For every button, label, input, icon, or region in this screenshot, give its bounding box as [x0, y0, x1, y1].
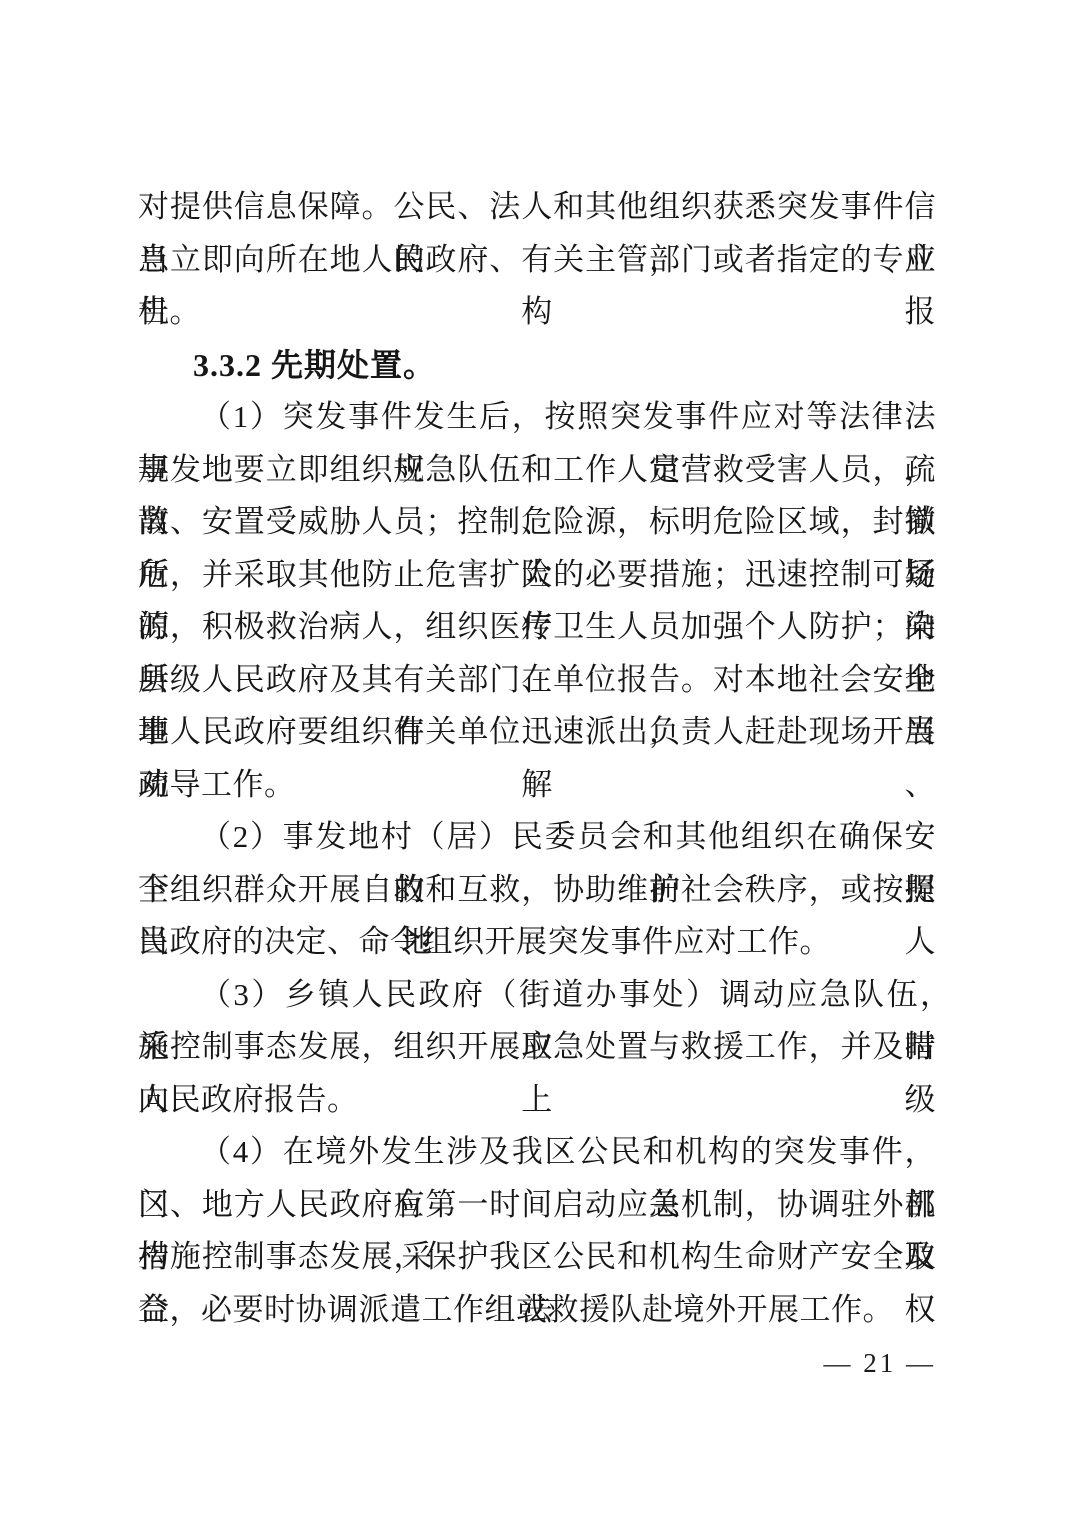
text-line: （2）事发地村（居）民委员会和其他组织在确保安全的前提: [138, 811, 936, 864]
text-line: 门、地方人民政府应第一时间启动应急机制，协调驻外机构采 取: [138, 1179, 936, 1232]
text-line: （4）在境外发生涉及我区公民和机构的突发事件，区有关部: [138, 1126, 936, 1179]
text-line: 益，必要时协调派遣工作组或救援队赴境外开展工作。: [138, 1284, 936, 1337]
section-heading: 3.3.2 先期处置。: [138, 339, 936, 392]
text-line: （1）突发事件发生后，按照突发事件应对等法律法规规定，: [138, 391, 936, 444]
text-line: 对提供信息保障。公民、法人和其他组织获悉突发事件信息的，应: [138, 181, 936, 234]
page-number: — 21 —: [824, 1348, 937, 1379]
document-page: 对提供信息保障。公民、法人和其他组织获悉突发事件信息的，应 当立即向所在地人民政…: [0, 0, 1074, 1520]
text-line: 施控制事态发展，组织开展应急处置与救援工作，并及时向上级: [138, 1021, 936, 1074]
text-line: 民政府的决定、命令组织开展突发事件应对工作。: [138, 916, 936, 969]
text-line: 事发地要立即组织应急队伍和工作人员营救受害人员，疏散、撤: [138, 444, 936, 497]
text-line: 当立即向所在地人民政府、有关主管部门或者指定的专业机构报: [138, 234, 936, 287]
text-line: 源，积极救治病人，组织医疗卫生人员加强个人防护；向所在地: [138, 601, 936, 654]
text-line: 县级人民政府及其有关部门、单位报告。对本地社会安全事件，当: [138, 654, 936, 707]
text-line: 离、安置受威胁人员；控制危险源，标明危险区域，封锁危险场: [138, 496, 936, 549]
text-line: 下组织群众开展自救和互救，协助维护社会秩序，或按照当地 人: [138, 864, 936, 917]
text-line: 地人民政府要组织有关单位迅速派出负责人赶赴现场开展劝解、: [138, 706, 936, 759]
text-line: 措施控制事态发展，保护我区公民和机构生命财产安全及合法权: [138, 1231, 936, 1284]
document-body: 对提供信息保障。公民、法人和其他组织获悉突发事件信息的，应 当立即向所在地人民政…: [138, 181, 936, 1336]
text-line: （3）乡镇人民政府（街道办事处）调动应急队伍， 采取措: [138, 969, 936, 1022]
text-line: 所，并采取其他防止危害扩大的必要措施；迅速控制可疑的传染: [138, 549, 936, 602]
